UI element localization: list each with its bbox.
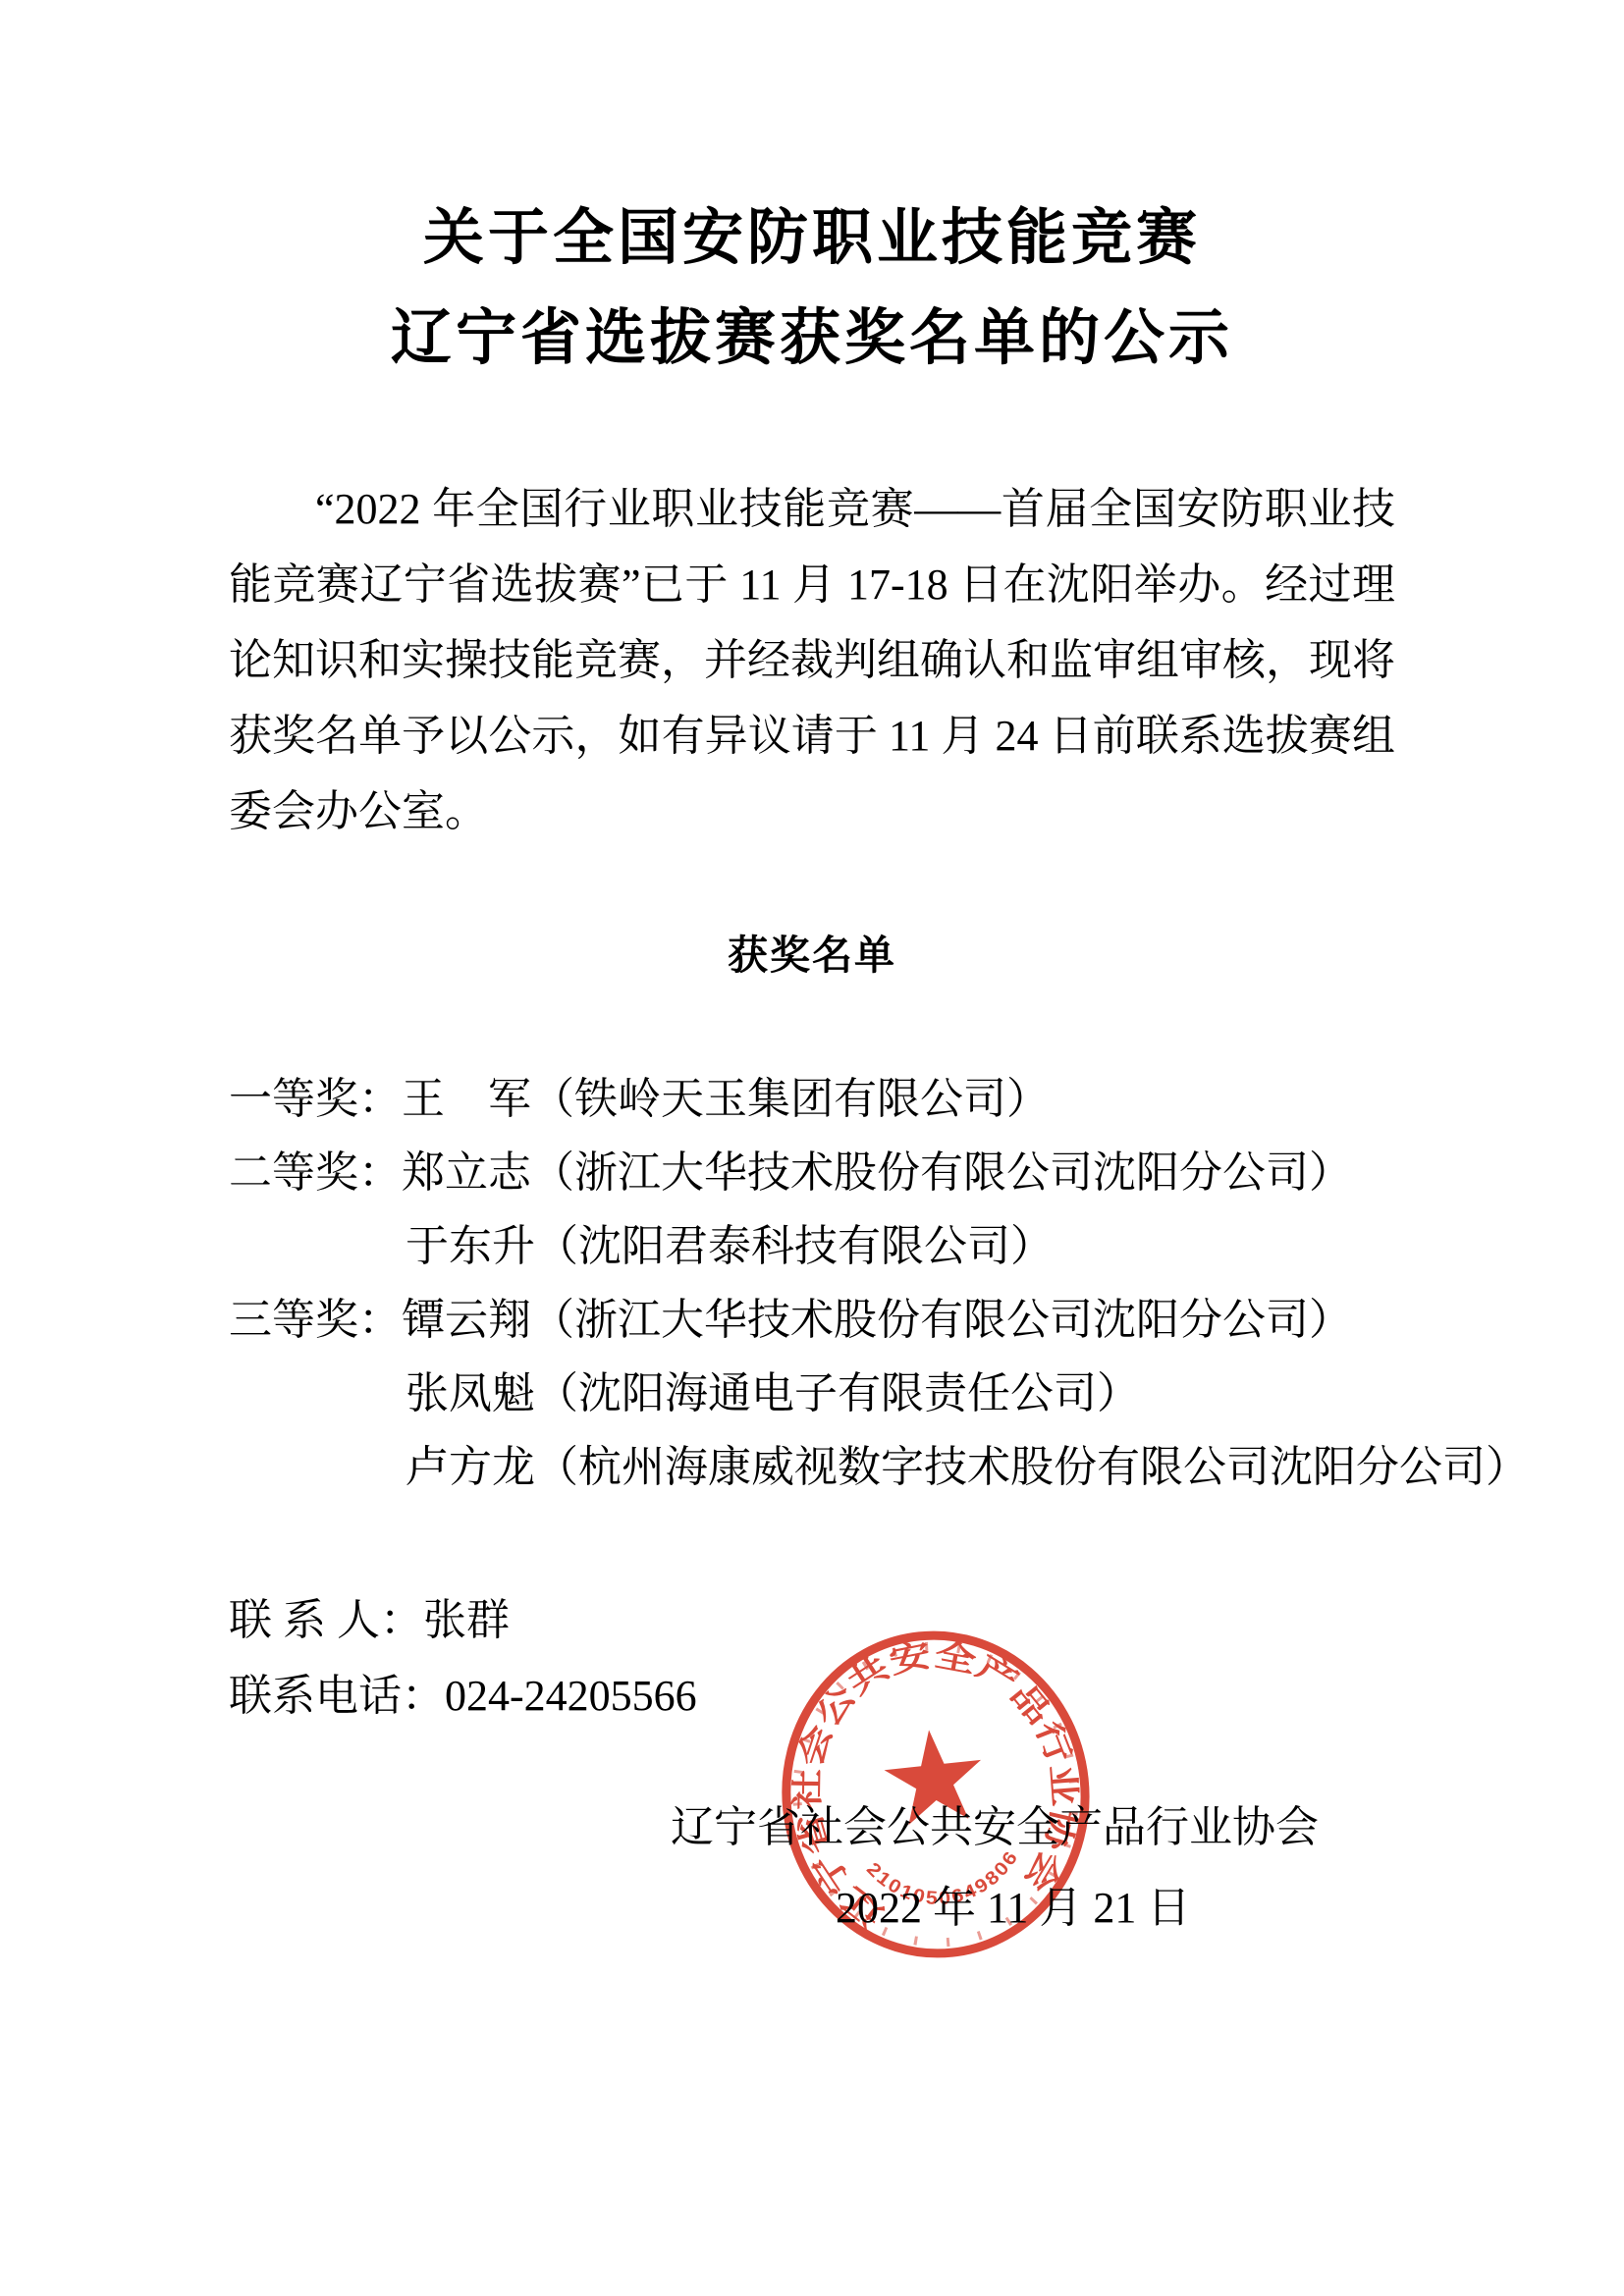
award-third-prize-2: 张凤魁（沈阳海通电子有限责任公司） xyxy=(229,1357,1529,1430)
award-list-heading: 获奖名单 xyxy=(0,923,1624,981)
contact-phone-number: 024-24205566 xyxy=(445,1672,697,1720)
award-second-prize-2: 于东升（沈阳君泰科技有限公司） xyxy=(229,1209,1529,1283)
intro-paragraph: “2022 年全国行业职业技能竞赛——首届全国安防职业技 能竞赛辽宁省选拔赛”已… xyxy=(229,471,1395,849)
contact-phone-label: 联系电话： xyxy=(229,1672,445,1720)
contact-person-name: 张群 xyxy=(423,1596,510,1644)
contact-person-line: 联 系 人：张群 xyxy=(229,1582,697,1658)
paragraph-line: 获奖名单予以公示，如有异议请于 11 月 24 日前联系选拔赛组 xyxy=(229,698,1395,774)
paragraph-line: “2022 年全国行业职业技能竞赛——首届全国安防职业技 xyxy=(229,471,1395,547)
paragraph-line: 论知识和实操技能竞赛，并经裁判组确认和监审组审核，现将 xyxy=(229,622,1395,698)
award-first-prize: 一等奖：王 军（铁岭天玉集团有限公司） xyxy=(229,1062,1529,1136)
star-icon xyxy=(881,1725,987,1827)
contact-block: 联 系 人：张群 联系电话：024-24205566 xyxy=(229,1582,697,1734)
official-seal: 辽宁省社会公共安全产品行业协会 2101050649806 xyxy=(757,1610,1114,1981)
award-third-prize: 三等奖：镡云翔（浙江大华技术股份有限公司沈阳分公司） xyxy=(229,1283,1529,1357)
announcement-document: 关于全国安防职业技能竞赛 辽宁省选拔赛获奖名单的公示 “2022 年全国行业职业… xyxy=(0,0,1624,2296)
contact-phone-line: 联系电话：024-24205566 xyxy=(229,1658,697,1734)
paragraph-line: 委会办公室。 xyxy=(229,774,1395,849)
paragraph-line: 能竞赛辽宁省选拔赛”已于 11 月 17-18 日在沈阳举办。经过理 xyxy=(229,547,1395,622)
award-list: 一等奖：王 军（铁岭天玉集团有限公司） 二等奖：郑立志（浙江大华技术股份有限公司… xyxy=(229,1062,1529,1504)
award-third-prize-3: 卢方龙（杭州海康威视数字技术股份有限公司沈阳分公司） xyxy=(229,1430,1529,1504)
document-title-line-2: 辽宁省选拔赛获奖名单的公示 xyxy=(0,304,1624,374)
document-title-line-1: 关于全国安防职业技能竞赛 xyxy=(0,204,1624,274)
award-second-prize: 二等奖：郑立志（浙江大华技术股份有限公司沈阳分公司） xyxy=(229,1136,1529,1209)
contact-person-label: 联 系 人： xyxy=(229,1596,423,1644)
